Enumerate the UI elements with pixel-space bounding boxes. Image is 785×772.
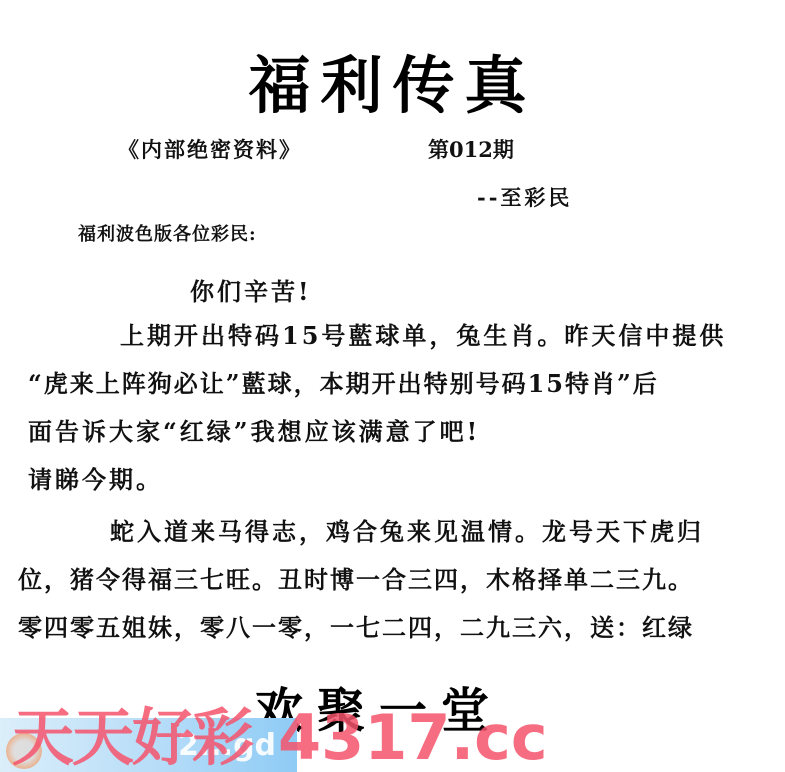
body-line: 面告诉大家“红绿”我想应该满意了吧! — [28, 412, 480, 447]
issue-number: 第012期 — [428, 134, 514, 164]
watermark: 天天好彩4317.cc — [12, 688, 548, 772]
watermark-domain: 4317.cc — [278, 701, 548, 772]
body-line: 零四零五姐妹，零八一零，一七二四，二九三六，送：红绿 — [18, 608, 694, 643]
body-line: 位，猪令得福三七旺。丑时博一合三四，木格择单二三九。 — [18, 560, 694, 595]
watermark-cn: 天天好彩 — [12, 701, 252, 772]
body-line: “虎来上阵狗必让”藍球，本期开出特别号码15特肖”后 — [28, 364, 659, 399]
body-line: 上期开出特码15号藍球单，兔生肖。昨天信中提供 — [120, 316, 726, 351]
body-line: 请睇今期。 — [28, 460, 163, 495]
body-line: 你们辛苦! — [190, 272, 312, 307]
greeting: 福利波色版各位彩民: — [78, 220, 257, 246]
document-title: 福利传真 — [0, 36, 785, 125]
body-line: 蛇入道来马得志，鸡合兔来见温情。龙号天下虎归 — [110, 512, 704, 547]
document-subtitle: 《内部绝密资料》 — [118, 134, 302, 164]
signature: --至彩民 — [477, 182, 572, 212]
